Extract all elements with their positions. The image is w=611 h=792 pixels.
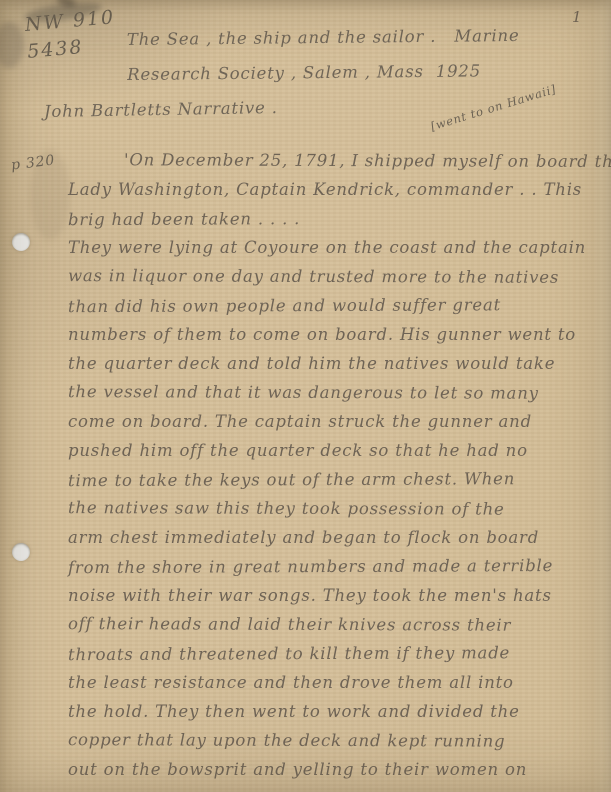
manuscript-line: Lady Washington, Captain Kendrick, comma… [68,175,596,204]
manuscript-line: time to take the keys out of the arm che… [68,464,596,495]
narrative-heading: John Bartletts Narrative . [44,98,278,121]
manuscript-line: numbers of them to come on board. His gu… [68,320,596,349]
manuscript-line: come on board. The captain struck the gu… [68,407,596,436]
manuscript-line: out on the bowsprit and yelling to their… [68,755,596,784]
manuscript-line: copper that lay upon the deck and kept r… [68,725,596,756]
manuscript-line: the hold. They then went to work and div… [68,697,596,726]
manuscript-line: throats and threatened to kill them if t… [68,638,596,669]
manuscript-body: 'On December 25, 1791, I shipped myself … [68,146,596,784]
source-title: The Sea , the ship and the sailor . Mari… [127,18,520,92]
manuscript-line: arm chest immediately and began to flock… [68,523,596,552]
paper-smudge [0,22,24,68]
page-reference: p 320 [10,152,56,173]
manuscript-line: than did his own people and would suffer… [68,290,596,321]
page-number: 1 [572,8,582,26]
call-number: NW 910 5438 [24,4,119,66]
punch-hole-bottom [12,543,30,561]
manuscript-line: noise with their war songs. They took th… [68,581,596,610]
manuscript-line: from the shore in great numbers and made… [68,551,596,582]
manuscript-line: the quarter deck and told him the native… [68,349,596,378]
manuscript-line: 'On December 25, 1791, I shipped myself … [68,145,596,176]
manuscript-line: pushed him off the quarter deck so that … [68,436,596,465]
manuscript-line: brig had been taken . . . . [68,203,596,234]
manuscript-line: the natives saw this they took possessio… [68,493,596,524]
punch-hole-top [12,233,30,251]
manuscript-line: They were lying at Coyoure on the coast … [68,233,596,262]
manuscript-line: was in liquor one day and trusted more t… [68,261,596,292]
manuscript-line: the vessel and that it was dangerous to … [68,377,596,408]
manuscript-line: off their heads and laid their knives ac… [68,609,596,640]
manuscript-page: NW 910 5438 1 The Sea , the ship and the… [0,0,611,792]
manuscript-line: the least resistance and then drove them… [68,668,596,697]
